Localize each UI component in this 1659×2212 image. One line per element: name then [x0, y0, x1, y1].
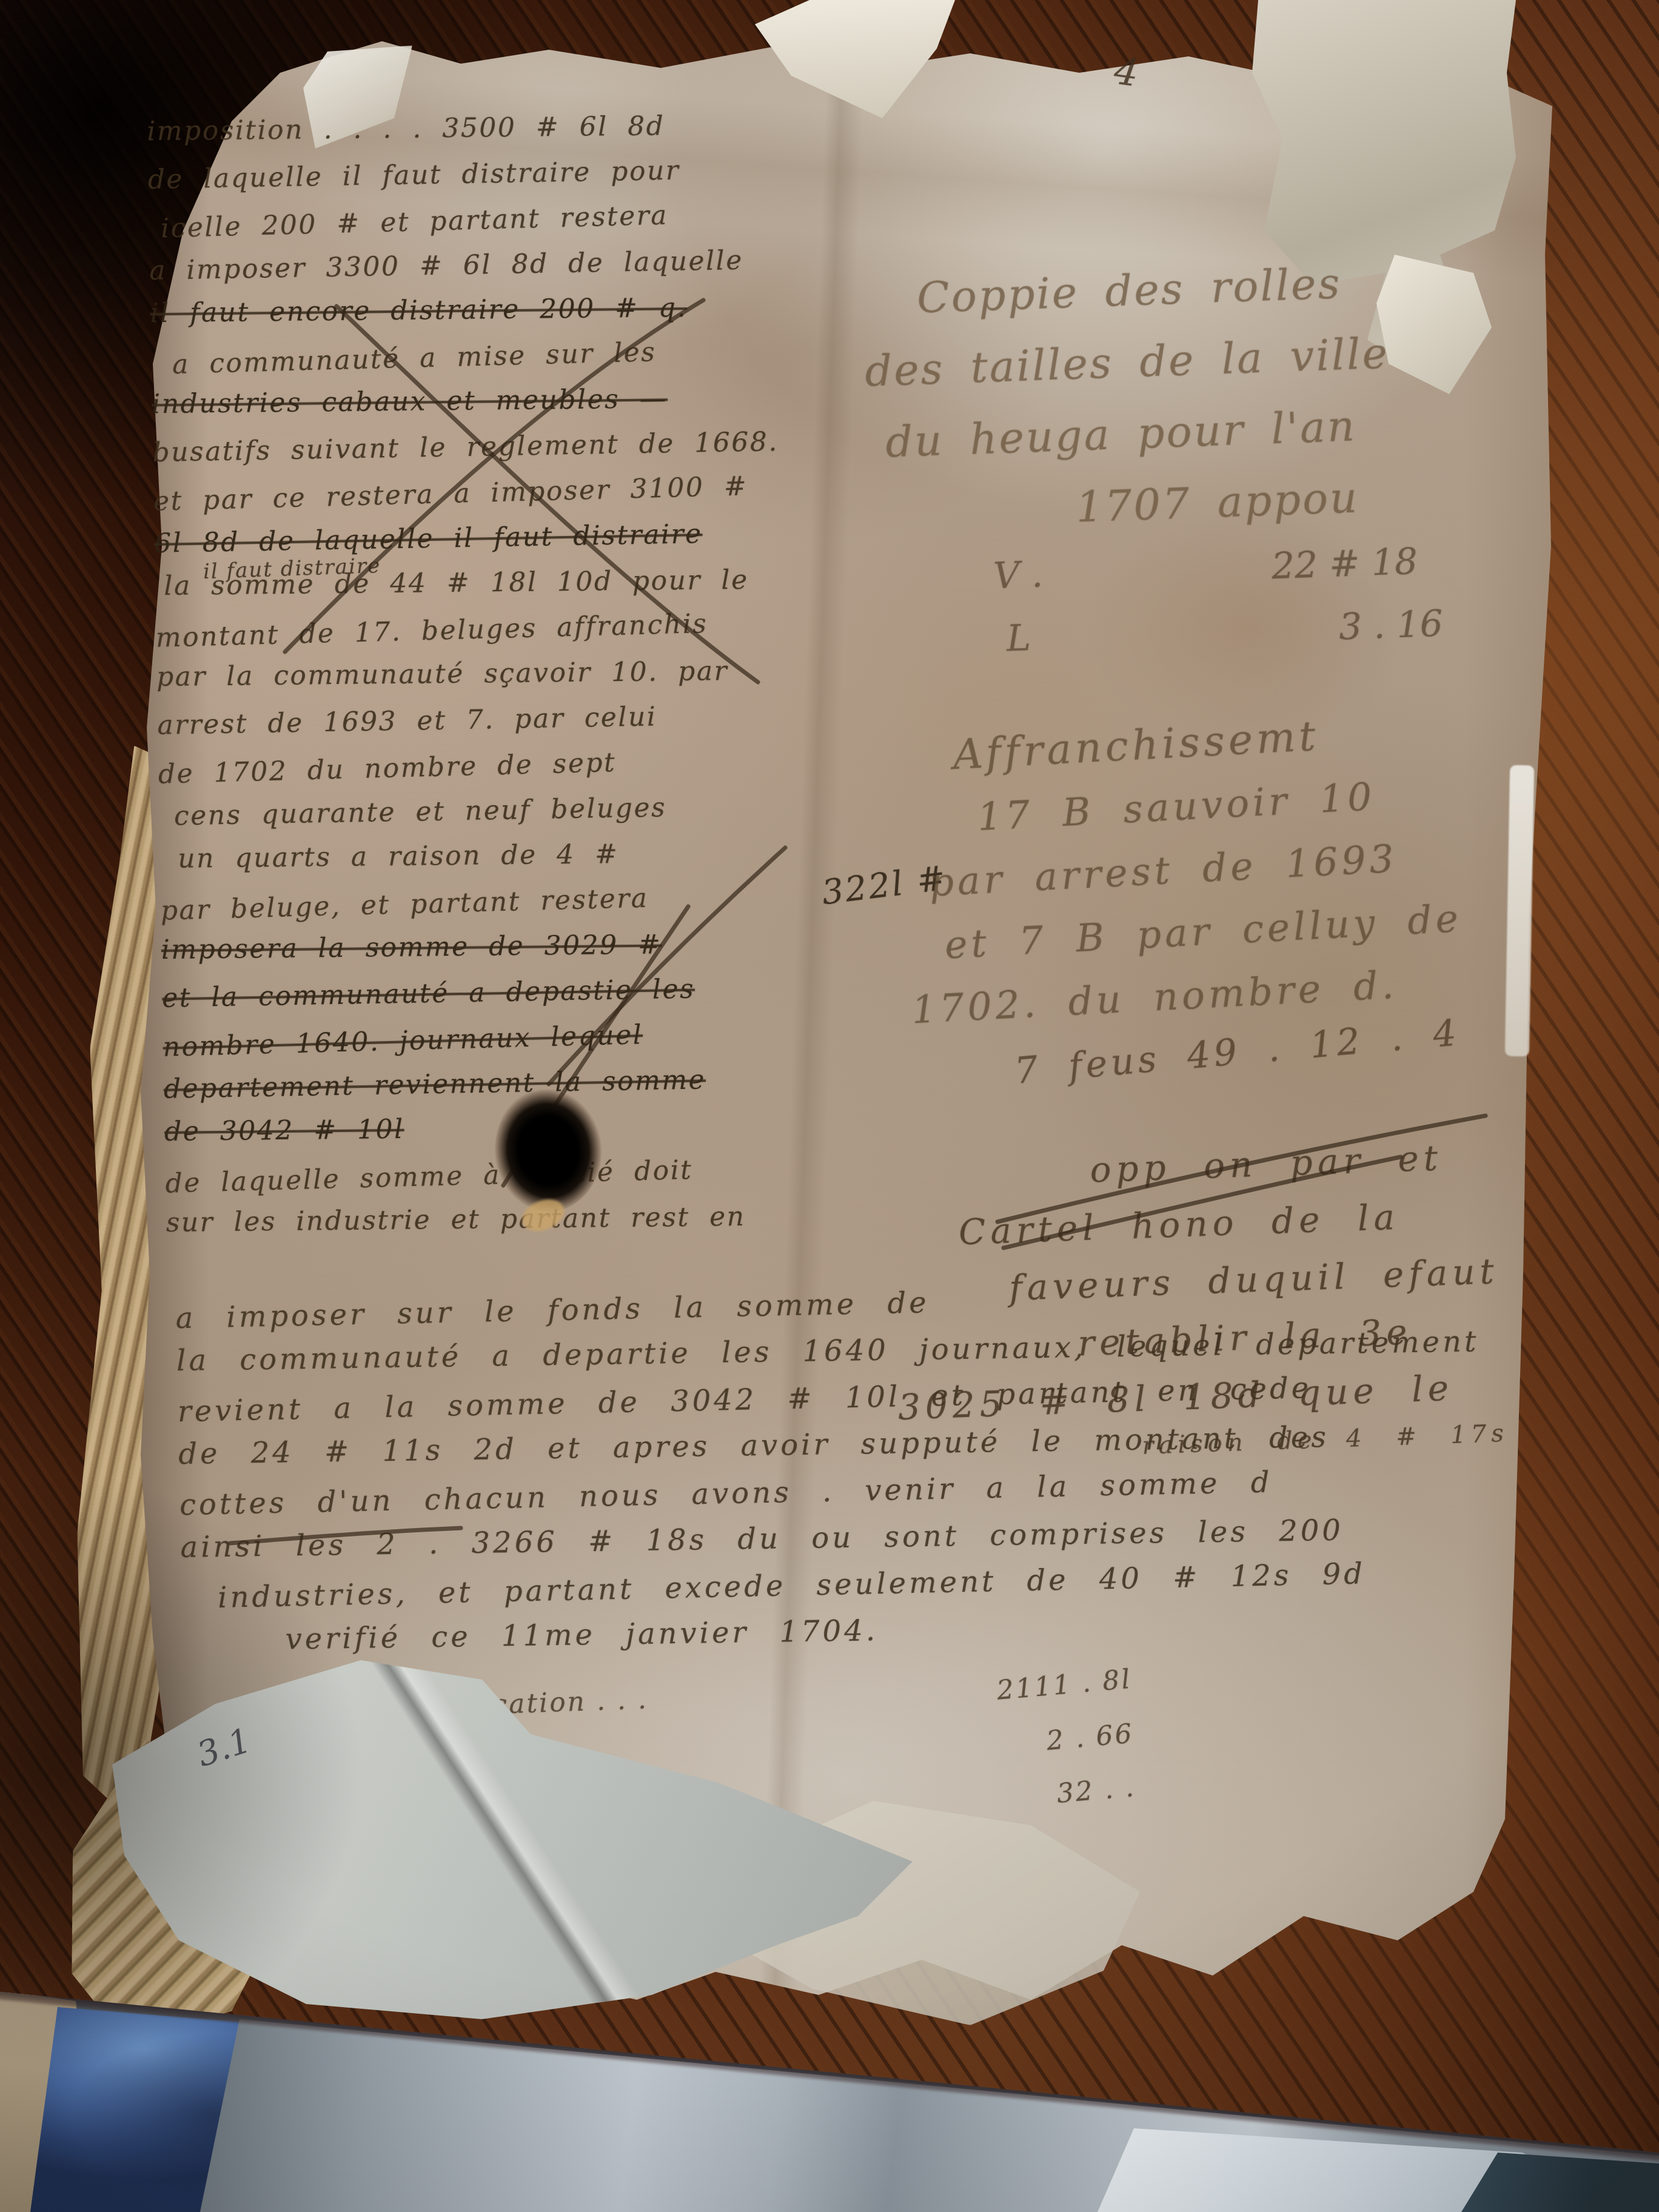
ledger-label: L: [1005, 606, 1031, 670]
affranchissement-block: Affranchissemt17 B sauvoir 10par arrest …: [897, 692, 1580, 1042]
corner-note: 3.1: [192, 1721, 256, 1775]
total-value: 2 . 66: [1044, 1708, 1136, 1768]
photograph: imposition . . . . 3500 # 6l 8dde laquel…: [0, 0, 1659, 2212]
lower-block-text: a imposer sur le fonds la somme dela com…: [175, 1266, 1583, 1669]
manuscript-line: par la communauté sçavoir 10. par: [156, 646, 982, 700]
manuscript-line: imposition . . . . 3500 # 6l 8d: [147, 100, 972, 154]
left-column-text: imposition . . . . 3500 # 6l 8dde laquel…: [147, 97, 991, 1248]
manuscript-line: industries cabaux et meubles —: [152, 373, 977, 427]
ledger-value: 3 . 16: [1338, 592, 1444, 659]
ledger-block: V . 22 # 18 L 3 . 16: [993, 529, 1458, 671]
right-column-title: Coppie des rollesdes tailles de la ville…: [867, 240, 1580, 550]
table-edge-area: [0, 1959, 1659, 2212]
ledger-label: V .: [993, 543, 1044, 608]
ledger-value: 22 # 18: [1270, 530, 1419, 598]
total-value: 32 . .: [1054, 1761, 1138, 1821]
manuscript-line: imposera la somme de 3029 #: [161, 919, 986, 973]
total-value: 2111 . 8l: [994, 1653, 1134, 1718]
